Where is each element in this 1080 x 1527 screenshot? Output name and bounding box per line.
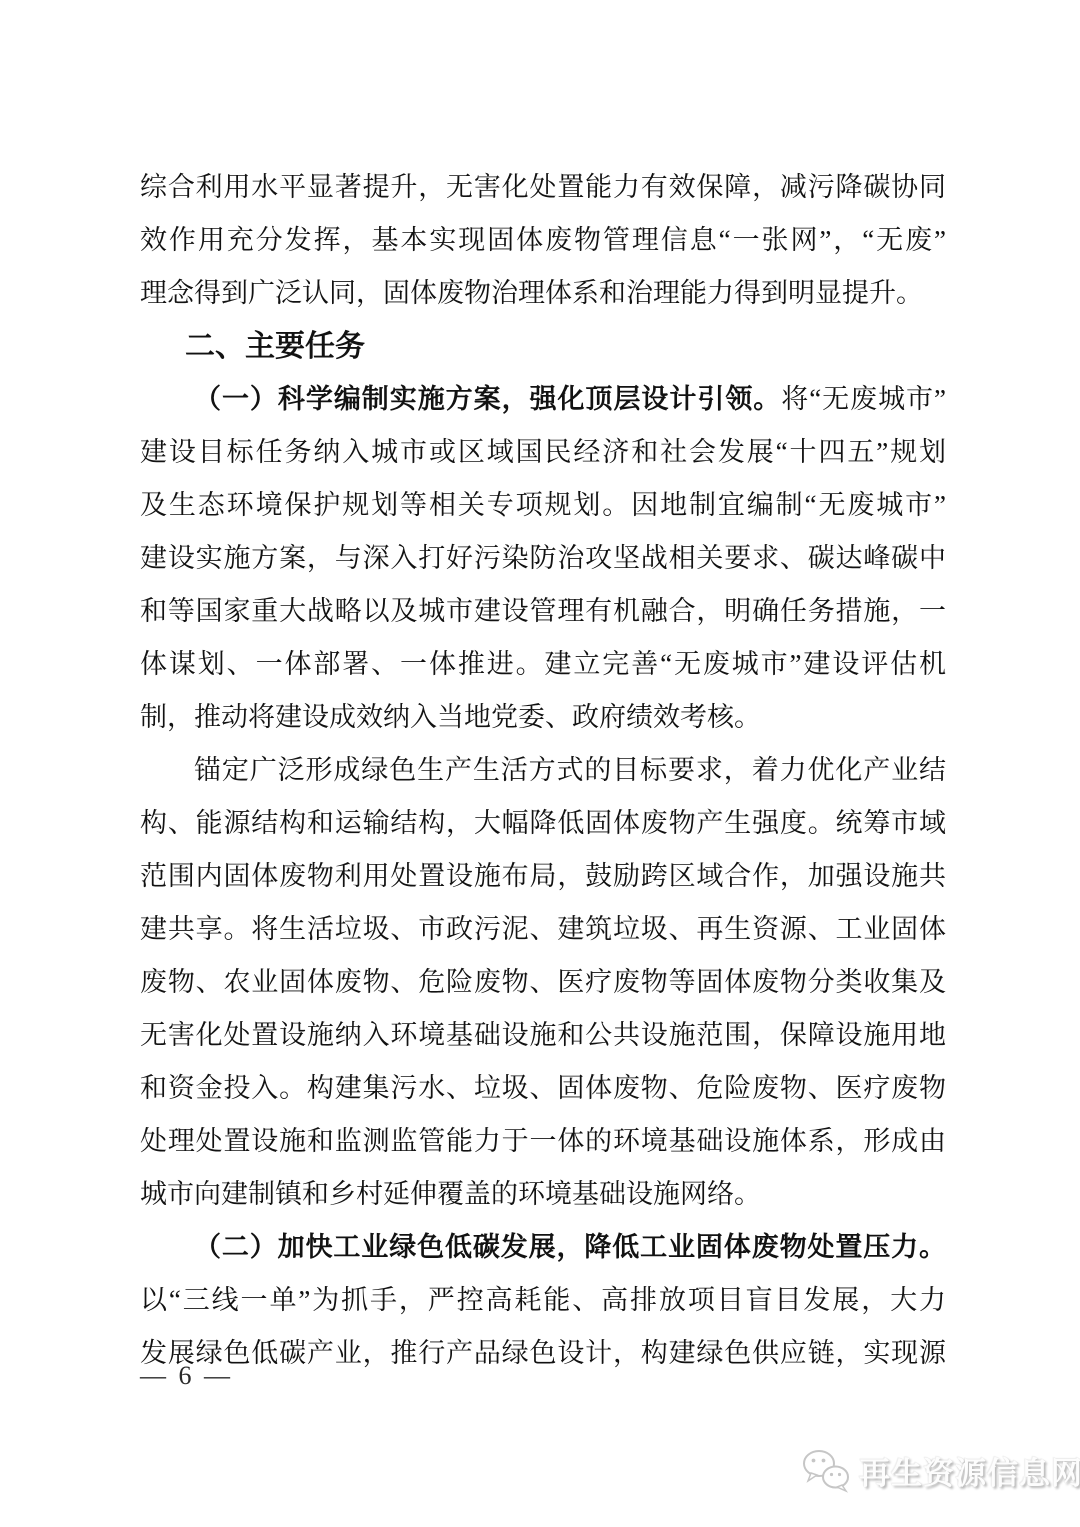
line-text-segment: 建设目标任务纳入城市或区域国民经济和社会发展“十四五”规划 <box>140 437 946 467</box>
line-text-segment: 和等国家重大战略以及城市建设管理有机融合，明确任务措施，一 <box>140 596 946 626</box>
line-text-segment: 和资金投入。构建集污水、垃圾、固体废物、危险废物、医疗废物 <box>140 1073 946 1103</box>
line-bold-segment: （一）科学编制实施方案，强化顶层设计引领。 <box>194 384 781 414</box>
line-text-segment: 将“无废城市” <box>781 384 946 414</box>
line-text-segment: 废物、农业固体废物、危险废物、医疗废物等固体废物分类收集及 <box>140 967 946 997</box>
body-line: 以“三线一单”为抓手，严控高耗能、高排放项目盲目发展，大力 <box>140 1274 946 1327</box>
body-line: 废物、农业固体废物、危险废物、医疗废物等固体废物分类收集及 <box>140 956 946 1009</box>
line-text-segment: 无害化处置设施纳入环境基础设施和公共设施范围，保障设施用地 <box>140 1020 946 1050</box>
line-text-segment: 效作用充分发挥，基本实现固体废物管理信息“一张网”，“无废” <box>140 225 946 255</box>
line-text-segment: 及生态环境保护规划等相关专项规划。因地制宜编制“无废城市” <box>140 490 946 520</box>
body-line: 体谋划、一体部署、一体推进。建立完善“无废城市”建设评估机 <box>140 638 946 691</box>
line-text-segment: 建设实施方案，与深入打好污染防治攻坚战相关要求、碳达峰碳中 <box>140 543 946 573</box>
wechat-icon <box>802 1449 852 1493</box>
line-text-segment: 建共享。将生活垃圾、市政污泥、建筑垃圾、再生资源、工业固体 <box>140 914 946 944</box>
body-line: 综合利用水平显著提升，无害化处置能力有效保障，减污降碳协同增 <box>140 161 946 214</box>
line-text-segment: 综合利用水平显著提升，无害化处置能力有效保障，减污降碳协同增 <box>140 172 946 214</box>
body-line: 建设实施方案，与深入打好污染防治攻坚战相关要求、碳达峰碳中 <box>140 532 946 585</box>
body-line: 处理处置设施和监测监管能力于一体的环境基础设施体系，形成由 <box>140 1115 946 1168</box>
line-text-segment: 范围内固体废物利用处置设施布局，鼓励跨区域合作，加强设施共 <box>140 861 946 891</box>
body-line: 理念得到广泛认同，固体废物治理体系和治理能力得到明显提升。 <box>140 267 946 320</box>
body-line: 无害化处置设施纳入环境基础设施和公共设施范围，保障设施用地 <box>140 1009 946 1062</box>
subsection-heading-line: （一）科学编制实施方案，强化顶层设计引领。将“无废城市” <box>140 373 946 426</box>
body-line: 锚定广泛形成绿色生产生活方式的目标要求，着力优化产业结 <box>140 744 946 797</box>
line-text-segment: 发展绿色低碳产业，推行产品绿色设计，构建绿色供应链，实现源 <box>140 1338 946 1368</box>
watermark-label: 再生资源信息网 <box>859 1448 1080 1493</box>
line-text-segment: 体谋划、一体部署、一体推进。建立完善“无废城市”建设评估机 <box>140 649 946 679</box>
line-bold-segment: 二、主要任务 <box>185 330 365 363</box>
body-line: 城市向建制镇和乡村延伸覆盖的环境基础设施网络。 <box>140 1168 946 1221</box>
body-line: 制，推动将建设成效纳入当地党委、政府绩效考核。 <box>140 691 946 744</box>
page-number: — 6 — <box>140 1356 233 1396</box>
body-line: 构、能源结构和运输结构，大幅降低固体废物产生强度。统筹市域 <box>140 797 946 850</box>
subsection-heading-line: （二）加快工业绿色低碳发展，降低工业固体废物处置压力。 <box>140 1221 946 1274</box>
watermark: 再生资源信息网 <box>802 1448 1080 1493</box>
body-line: 建设目标任务纳入城市或区域国民经济和社会发展“十四五”规划 <box>140 426 946 479</box>
line-text-segment: 理念得到广泛认同，固体废物治理体系和治理能力得到明显提升。 <box>140 278 923 308</box>
body-line: 发展绿色低碳产业，推行产品绿色设计，构建绿色供应链，实现源 <box>140 1327 946 1380</box>
line-text-segment: 锚定广泛形成绿色生产生活方式的目标要求，着力优化产业结 <box>194 755 946 785</box>
line-text-segment: 构、能源结构和运输结构，大幅降低固体废物产生强度。统筹市域 <box>140 808 946 838</box>
body-line: 和资金投入。构建集污水、垃圾、固体废物、危险废物、医疗废物 <box>140 1062 946 1115</box>
document-page: 综合利用水平显著提升，无害化处置能力有效保障，减污降碳协同增 效作用充分发挥，基… <box>0 0 1080 1527</box>
body-line: 效作用充分发挥，基本实现固体废物管理信息“一张网”，“无废” <box>140 214 946 267</box>
body-line: 和等国家重大战略以及城市建设管理有机融合，明确任务措施，一 <box>140 585 946 638</box>
line-text-segment: 城市向建制镇和乡村延伸覆盖的环境基础设施网络。 <box>140 1179 761 1209</box>
body-line: 建共享。将生活垃圾、市政污泥、建筑垃圾、再生资源、工业固体 <box>140 903 946 956</box>
line-text-segment: 制，推动将建设成效纳入当地党委、政府绩效考核。 <box>140 702 761 732</box>
line-text-segment: 以“三线一单”为抓手，严控高耗能、高排放项目盲目发展，大力 <box>140 1285 946 1315</box>
section-heading: 二、主要任务 <box>140 320 946 373</box>
line-bold-segment: （二）加快工业绿色低碳发展，降低工业固体废物处置压力。 <box>194 1232 946 1262</box>
line-text-segment: 处理处置设施和监测监管能力于一体的环境基础设施体系，形成由 <box>140 1126 946 1156</box>
document-body: 综合利用水平显著提升，无害化处置能力有效保障，减污降碳协同增 效作用充分发挥，基… <box>140 161 946 1380</box>
body-line: 范围内固体废物利用处置设施布局，鼓励跨区域合作，加强设施共 <box>140 850 946 903</box>
body-line: 及生态环境保护规划等相关专项规划。因地制宜编制“无废城市” <box>140 479 946 532</box>
